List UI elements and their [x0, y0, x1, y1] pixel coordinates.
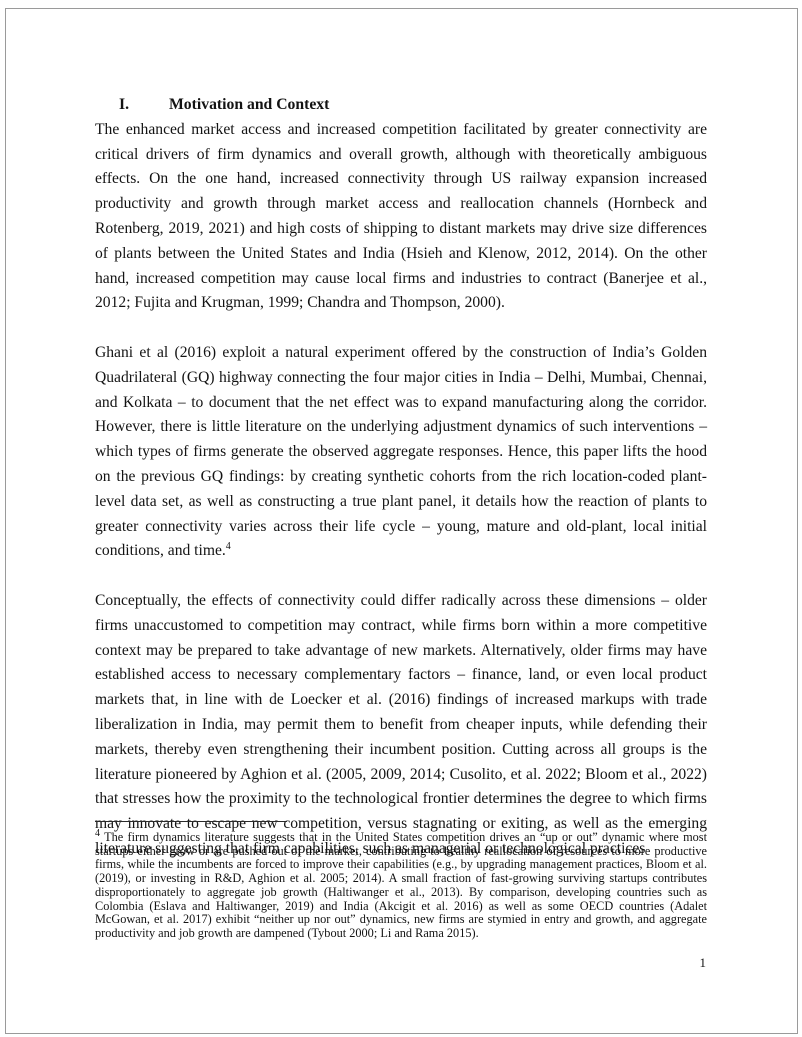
section-number: I.: [119, 93, 169, 118]
footnote-section: 4 The firm dynamics literature suggests …: [95, 821, 707, 941]
paragraph-motivation-2-text: Ghani et al (2016) exploit a natural exp…: [95, 344, 707, 559]
section-heading: I.Motivation and Context: [95, 93, 707, 118]
section-title: Motivation and Context: [169, 96, 329, 113]
footnote-reference: 4: [226, 541, 231, 552]
footnote-body-text: The firm dynamics literature suggests th…: [95, 830, 707, 940]
page-content: I.Motivation and Context The enhanced ma…: [6, 9, 797, 862]
page-number: 1: [700, 955, 707, 971]
document-page: I.Motivation and Context The enhanced ma…: [5, 8, 798, 1034]
document-viewport: I.Motivation and Context The enhanced ma…: [0, 0, 802, 1037]
footnote-text: 4 The firm dynamics literature suggests …: [95, 831, 707, 941]
footnote-separator-line: [95, 821, 287, 822]
paragraph-motivation-2: Ghani et al (2016) exploit a natural exp…: [95, 341, 707, 564]
paragraph-motivation-1: The enhanced market access and increased…: [95, 118, 707, 316]
